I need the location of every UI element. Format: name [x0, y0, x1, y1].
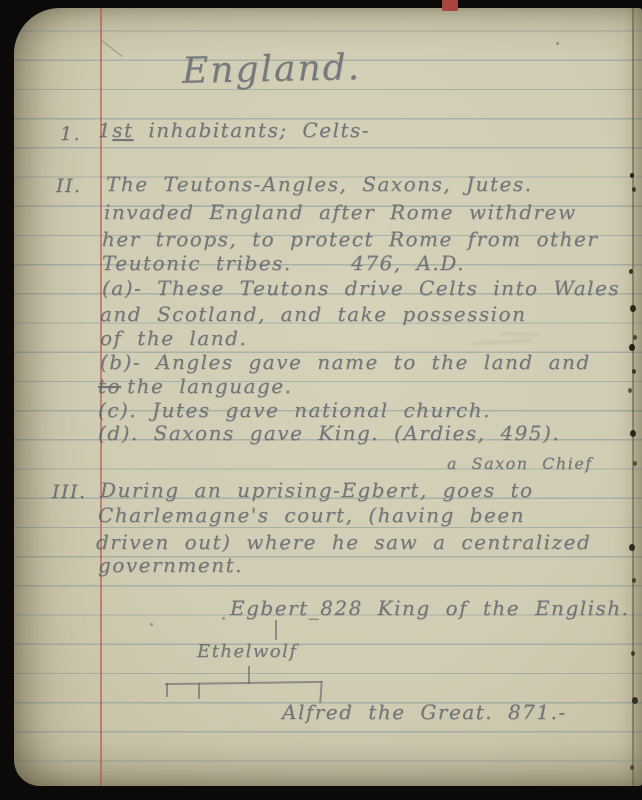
section-2-sub-b-line-1: (b)- Angles gave name to the land and: [100, 350, 591, 374]
scanned-notebook-photo: England. 1. 1st inhabitants; Celts- II. …: [0, 0, 642, 800]
section-1-marker: 1.: [60, 122, 81, 146]
family-tree-horizontal-line: [165, 681, 322, 685]
family-tree-connector-top: [275, 620, 277, 640]
genealogy-name-ethelwolf: Ethelwolf: [197, 640, 298, 664]
pencil-dot: [222, 617, 225, 620]
section-2-sub-d: (d). Saxons gave King. (Ardies, 495).: [98, 421, 560, 445]
section-3-line-3: driven out) where he saw a centralized: [96, 530, 591, 554]
section-1-rest: inhabitants; Celts-: [134, 118, 370, 142]
pencil-dot: [150, 623, 153, 626]
section-2-line-1: The Teutons-Angles, Saxons, Jutes.: [106, 172, 532, 196]
section-2-sub-b-line-2: tothe language.: [98, 374, 293, 398]
ghost-offset-mark: [500, 329, 540, 335]
ghost-offset-mark: [470, 336, 532, 344]
page-title: England.: [182, 56, 362, 84]
section-2-sub-a-line-2: and Scotland, and take possession: [100, 302, 526, 326]
section-1-ordinal: st: [112, 118, 133, 142]
section-3-line-1: During an uprising-Egbert, goes to: [100, 478, 534, 502]
section-3-line-2: Charlemagne's court, (having been: [98, 503, 525, 527]
genealogy-name-alfred: Alfred the Great. 871.-: [282, 700, 567, 724]
family-tree-tick-left: [166, 683, 168, 697]
section-3-line-4: government.: [98, 553, 243, 577]
genealogy-name-egbert: Egbert_828 King of the English.: [230, 596, 630, 620]
section-3-marker: III.: [52, 480, 87, 504]
section-2-sub-a-line-1: (a)- These Teutons drive Celts into Wale…: [102, 276, 620, 300]
section-1-text: 1st inhabitants; Celts-: [98, 118, 370, 142]
section-2-sub-c: (c). Jutes gave national church.: [98, 398, 491, 422]
inserted-note: a Saxon Chief: [447, 452, 593, 476]
section-2-sub-b-line-2-rest: the language.: [127, 374, 292, 398]
section-2-line-4: Teutonic tribes. 476, A.D.: [102, 251, 465, 275]
section-1-number: 1: [98, 118, 112, 142]
pencil-dot: [556, 42, 559, 45]
struck-word: to: [98, 374, 121, 398]
section-2-marker: II.: [56, 174, 82, 198]
section-2-line-2: invaded England after Rome withdrew: [104, 200, 577, 224]
handwritten-content: England. 1. 1st inhabitants; Celts- II. …: [0, 0, 642, 800]
section-2-sub-a-line-3: of the land.: [100, 326, 247, 350]
section-2-line-3: her troops, to protect Rome from other: [102, 227, 598, 251]
family-tree-tick-middle: [198, 683, 200, 699]
